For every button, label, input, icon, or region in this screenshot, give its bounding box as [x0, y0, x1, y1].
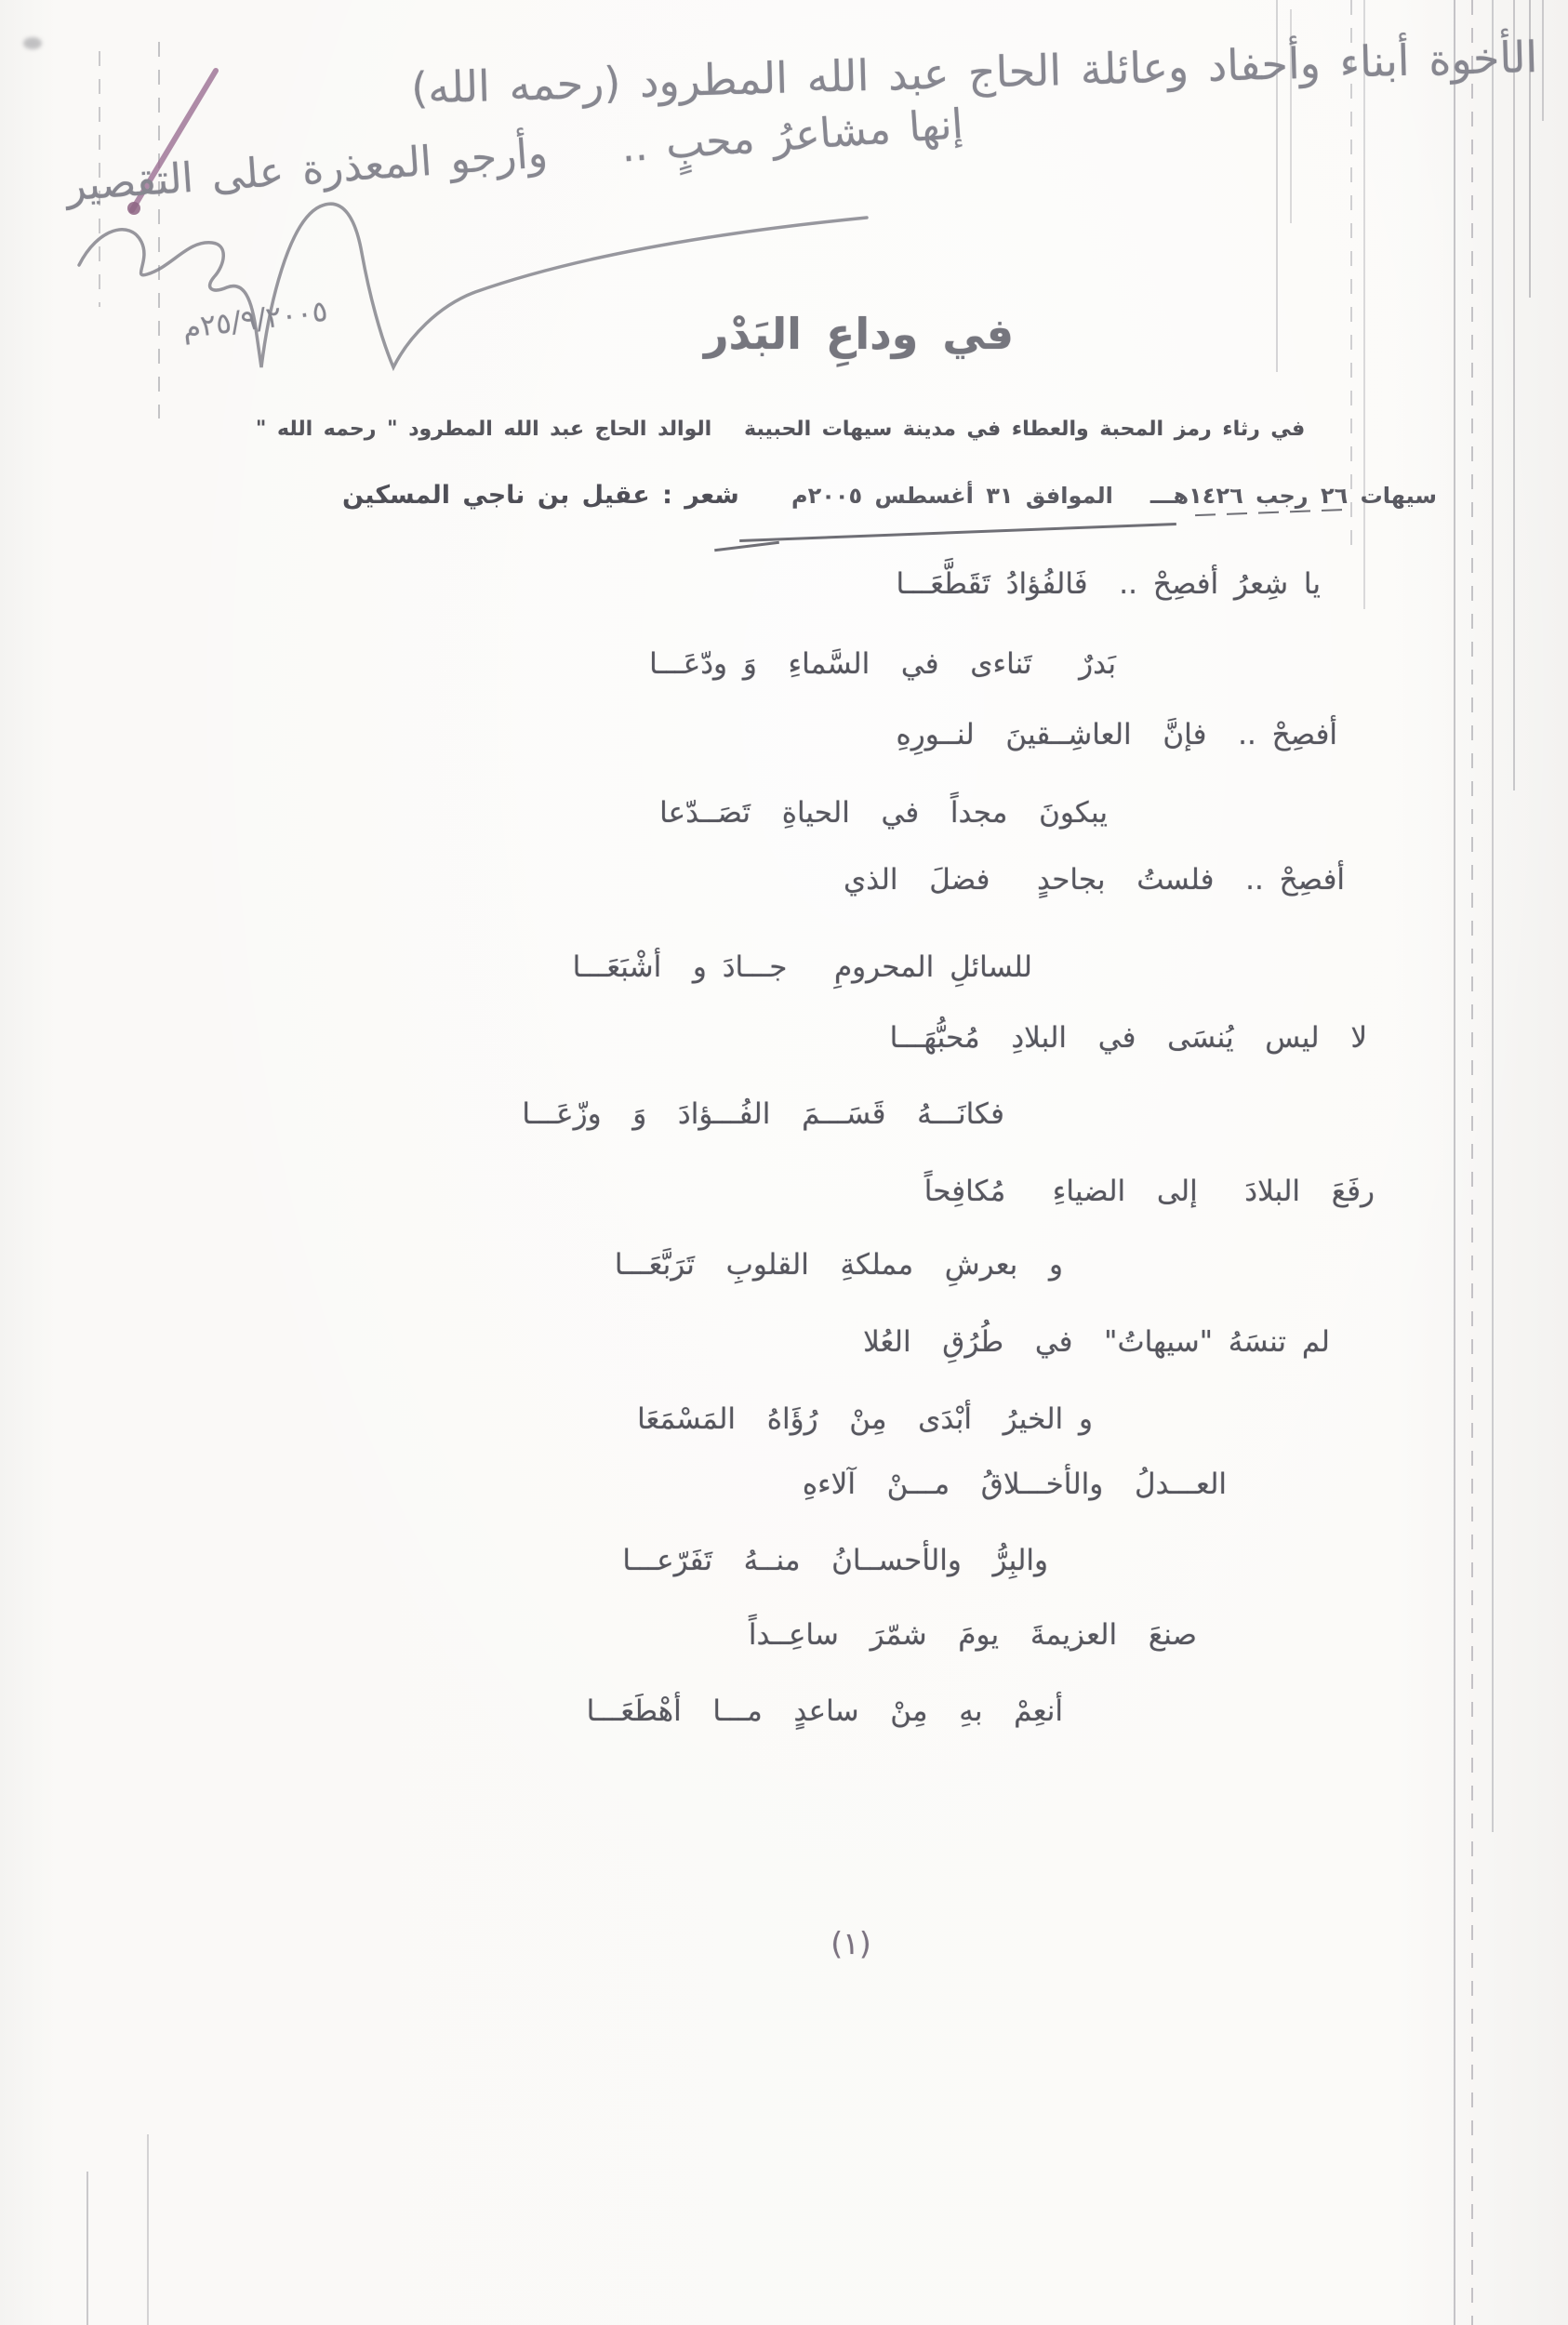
- dateline-row: سيهات ٢٦ رجب ١٤٢٦هـــ الموافق ٣١ أغسطس ٢…: [342, 481, 1437, 510]
- verse-4-first: لا ليس يُنسَى في البلادِ مُحبُّهَـــا: [890, 1021, 1367, 1055]
- verse-2-first: أفصِحْ .. فإنَّ العاشِــقينَ لنــورِهِ: [897, 718, 1337, 751]
- poem-title: في وداعِ البَدْر: [704, 309, 1014, 359]
- dateline-underline-tick: [714, 541, 779, 551]
- scan-line-top-4: [1363, 0, 1365, 609]
- corner-smudge: [23, 37, 42, 49]
- scan-line-right-2: [1471, 0, 1473, 2325]
- verse-5-first: رفَعَ البلادَ إلى الضياءِ مُكافِحاً: [924, 1175, 1375, 1208]
- verse-3-first: أفصِحْ .. فلستُ بجاحدٍ فضلَ الذي: [844, 863, 1345, 897]
- verse-8-first: صنعَ العزيمةَ يومَ شمّرَ ساعِــداً: [749, 1618, 1197, 1652]
- verse-8-second: أنعِمْ بهِ مِنْ ساعدٍ مـــا أهْطَعَـــا: [587, 1694, 1063, 1728]
- verse-7-second: والبِرُّ والأحســانُ منــهُ تَفَرّعـــا: [622, 1544, 1048, 1577]
- poem-subtitle: في رثاء رمز المحبة والعطاء في مدينة سيها…: [112, 418, 1449, 441]
- scan-line-right-6: [1542, 0, 1544, 121]
- scan-line-right-1: [1454, 0, 1455, 2325]
- verse-7-first: العـــدلُ والأخـــلاقُ مـــنْ آلاءهِ: [803, 1468, 1227, 1501]
- poem-dateline: سيهات ٢٦ رجب ١٤٢٦هـــ الموافق ٣١ أغسطس ٢…: [791, 483, 1437, 509]
- scan-line-right-3: [1492, 0, 1494, 1832]
- verse-6-second: و الخيرُ أبْدَى مِنْ رُؤَاهُ المَسْمَعَا: [637, 1402, 1093, 1436]
- poet-credit: شعر : عقيل بن ناجي المسكين: [342, 481, 739, 510]
- page-number: (١): [800, 1925, 902, 1961]
- signature-scribble: [65, 177, 902, 400]
- scan-line-bottom-2: [147, 2134, 149, 2325]
- verse-1-first: يا شِعرُ أفصِحْ .. فَالفُؤادُ تَقَطَّعَـ…: [897, 567, 1321, 601]
- verse-6-first: لم تنسَهُ "سيهاتُ" في طُرُقِ العُلا: [863, 1325, 1330, 1359]
- handwritten-note-line1: الأخوة أبناء وأحفاد وعائلة الحاج عبد الل…: [410, 32, 1537, 113]
- scan-line-right-4: [1513, 0, 1515, 790]
- dateline-underline: [739, 523, 1176, 542]
- verse-4-second: فكانَـــهُ قَسَـــمَ الفُـــؤادَ وَ وزّع…: [522, 1097, 1004, 1131]
- verse-3-second: للسائلِ المحرومِ جـــادَ و أشْبَعَـــا: [573, 950, 1032, 984]
- verse-1-second: بَدرٌ تَناءى في السَّماءِ وَ ودّعَـــا: [649, 647, 1116, 681]
- scanned-page: الأخوة أبناء وأحفاد وعائلة الحاج عبد الل…: [0, 0, 1568, 2325]
- verse-5-second: و بعرشِ مملكةِ القلوبِ تَرَبَّعَـــا: [615, 1248, 1063, 1282]
- verse-2-second: يبكونَ مجداً في الحياةِ تَصَــدّعا: [659, 796, 1108, 830]
- scan-line-bottom-1: [86, 2172, 88, 2325]
- dateline-underline-dash: [1195, 509, 1349, 516]
